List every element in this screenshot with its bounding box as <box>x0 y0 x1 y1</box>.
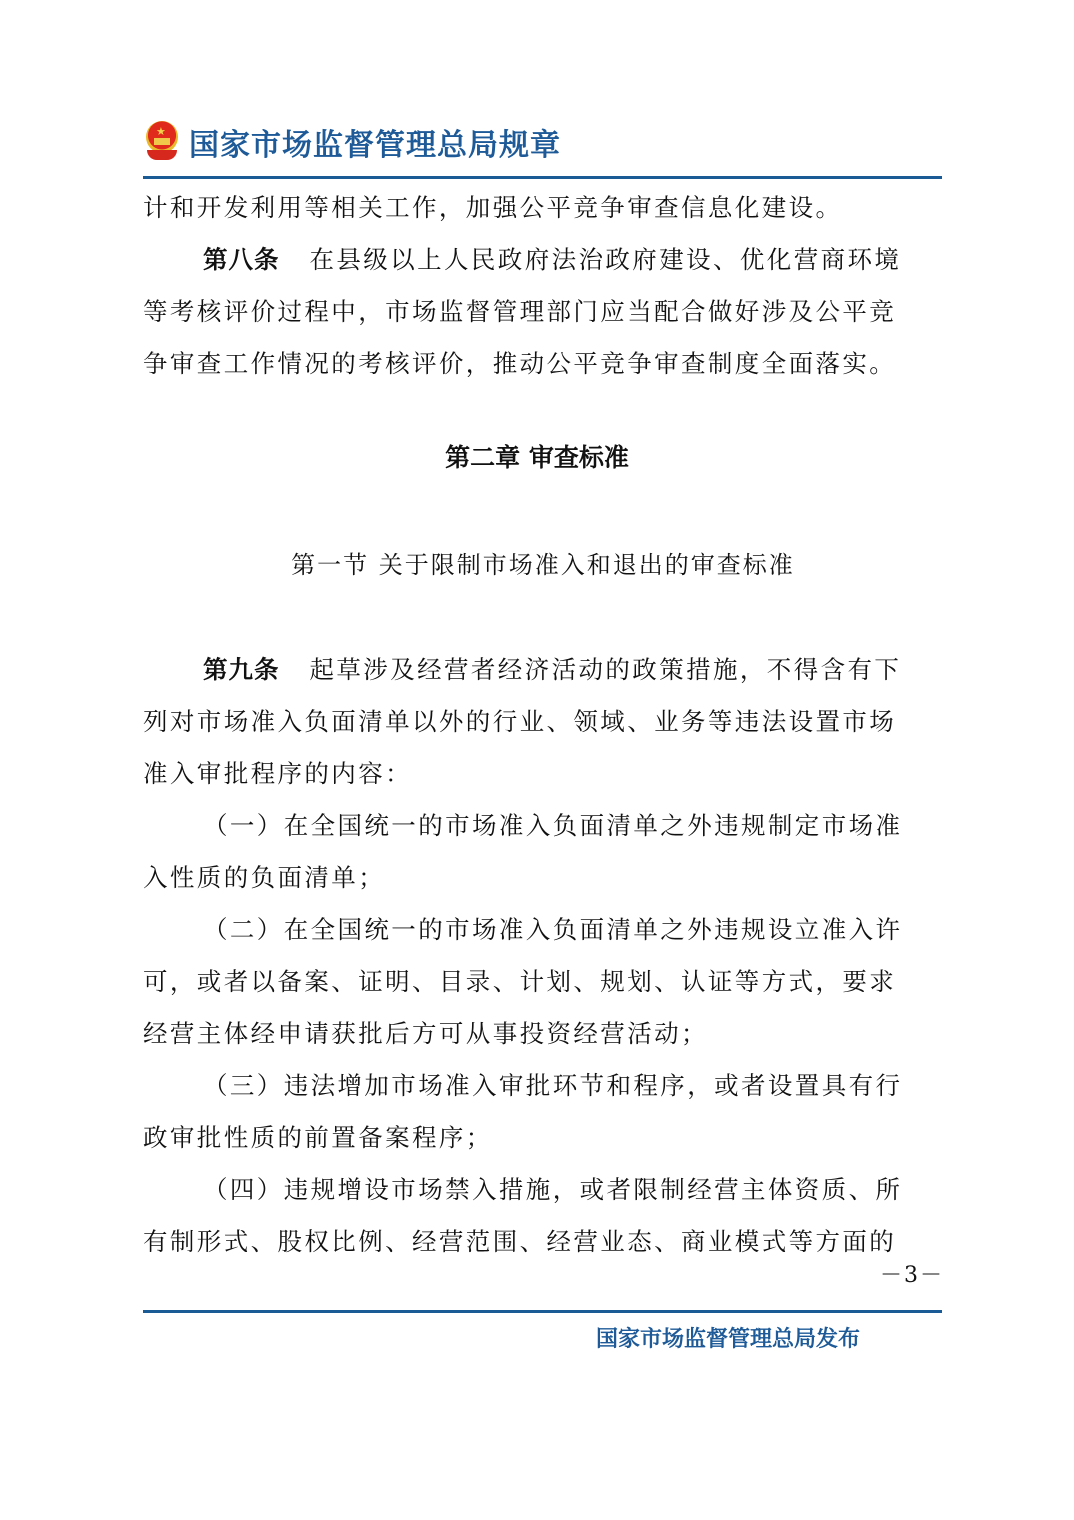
article-label: 第八条 <box>203 245 280 274</box>
text-line: 列对市场准入负面清单以外的行业、领域、业务等违法设置市场 <box>143 696 943 748</box>
article-label: 第九条 <box>203 655 280 684</box>
paragraph-continuation: 计和开发利用等相关工作，加强公平竞争审查信息化建设。 <box>143 182 943 234</box>
text-line: 可，或者以备案、证明、目录、计划、规划、认证等方式，要求 <box>143 956 943 1008</box>
list-item-1: （一）在全国统一的市场准入负面清单之外违规制定市场准 <box>143 800 943 852</box>
header-divider <box>143 176 942 179</box>
text-line: 争审查工作情况的考核评价，推动公平竞争审查制度全面落实。 <box>143 338 943 390</box>
text-line: 起草涉及经营者经济活动的政策措施，不得含有下 <box>310 655 902 684</box>
text-line: 等考核评价过程中，市场监督管理部门应当配合做好涉及公平竞 <box>143 286 943 338</box>
text-line: 经营主体经申请获批后方可从事投资经营活动； <box>143 1008 943 1060</box>
text-line: 准入审批程序的内容： <box>143 748 943 800</box>
article-8: 第八条在县级以上人民政府法治政府建设、优化营商环境 等考核评价过程中，市场监督管… <box>143 234 943 390</box>
footer-divider <box>143 1310 942 1313</box>
footer-publisher: 国家市场监督管理总局发布 <box>596 1322 860 1353</box>
document-header: ★ 国家市场监督管理总局规章 <box>143 120 561 164</box>
text-line: 在县级以上人民政府法治政府建设、优化营商环境 <box>310 245 902 274</box>
chapter-heading: 第二章 审查标准 <box>0 438 1074 474</box>
list-item-4: （四）违规增设市场禁入措施，或者限制经营主体资质、所 <box>143 1164 943 1216</box>
text-line: 政审批性质的前置备案程序； <box>143 1112 943 1164</box>
section-heading: 第一节 关于限制市场准入和退出的审查标准 <box>0 545 1074 580</box>
list-item-2: （二）在全国统一的市场准入负面清单之外违规设立准入许 <box>143 904 943 956</box>
text-line: 有制形式、股权比例、经营范围、经营业态、商业模式等方面的 <box>143 1216 943 1268</box>
text-line: 入性质的负面清单； <box>143 852 943 904</box>
list-item-3: （三）违法增加市场准入审批环节和程序，或者设置具有行 <box>143 1060 943 1112</box>
page-number: －3－ <box>880 1258 944 1289</box>
header-title: 国家市场监督管理总局规章 <box>189 120 561 164</box>
national-emblem-icon: ★ <box>143 121 181 163</box>
article-9: 第九条起草涉及经营者经济活动的政策措施，不得含有下 列对市场准入负面清单以外的行… <box>143 644 943 1268</box>
text-line: 计和开发利用等相关工作，加强公平竞争审查信息化建设。 <box>143 182 943 234</box>
